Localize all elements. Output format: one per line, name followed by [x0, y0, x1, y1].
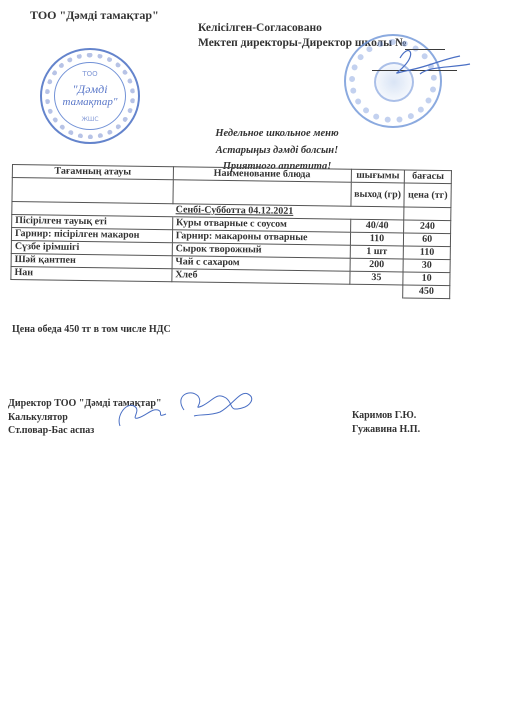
total-price: 450	[403, 285, 450, 299]
dish-price: 30	[403, 259, 450, 273]
day-label-text: Сенбі-Субботта 04.12.2021	[176, 204, 294, 217]
signature-role-calculator: Калькулятор	[8, 412, 68, 423]
menu-subtitle-kz: Астарыңыз дәмді болсын!	[0, 145, 524, 156]
dish-price: 110	[404, 246, 451, 260]
calculator-signature-icon	[112, 396, 172, 432]
dish-output: 110	[350, 232, 404, 246]
dish-price: 240	[404, 220, 451, 234]
dish-output: 40/40	[350, 219, 404, 233]
approval-line-1: Келісілген-Согласовано	[198, 22, 322, 34]
menu-table: Тағамның атауы Наименование блюда шығымы…	[10, 164, 452, 299]
company-name: ТОО "Дәмді тамақтар"	[30, 8, 159, 23]
stamp-name-line-1: "Дәмді	[42, 82, 138, 97]
dish-output: 200	[350, 258, 404, 272]
header-price-ru: цена (тг)	[404, 183, 451, 208]
price-note: Цена обеда 450 тг в том числе НДС	[12, 324, 171, 335]
dish-output: 35	[349, 271, 403, 285]
header-price-kz: бағасы	[405, 170, 452, 184]
stamp-name-line-2: тамақтар"	[42, 96, 138, 108]
director-signature-icon	[170, 386, 260, 422]
dish-price: 10	[403, 272, 450, 286]
signatory-name-chef: Гужавина Н.П.	[352, 424, 420, 435]
empty-cell	[173, 180, 351, 206]
stamp-bottom-text: ЖШС	[42, 116, 138, 123]
dish-price: 60	[404, 233, 451, 247]
header-output-ru: выход (гр)	[350, 182, 404, 207]
empty-cell	[12, 178, 173, 204]
stamp-top-text: ТОО	[42, 70, 138, 78]
menu-title: Недельное школьное меню	[0, 128, 524, 139]
signature-role-chef: Ст.повар-Бас аспаз	[8, 425, 94, 436]
signatory-name-director: Каримов Г.Ю.	[352, 410, 416, 421]
header-output-kz: шығымы	[351, 169, 405, 183]
empty-cell	[404, 207, 451, 221]
director-signature-icon	[370, 44, 480, 84]
dish-output: 1 шт	[350, 245, 404, 259]
